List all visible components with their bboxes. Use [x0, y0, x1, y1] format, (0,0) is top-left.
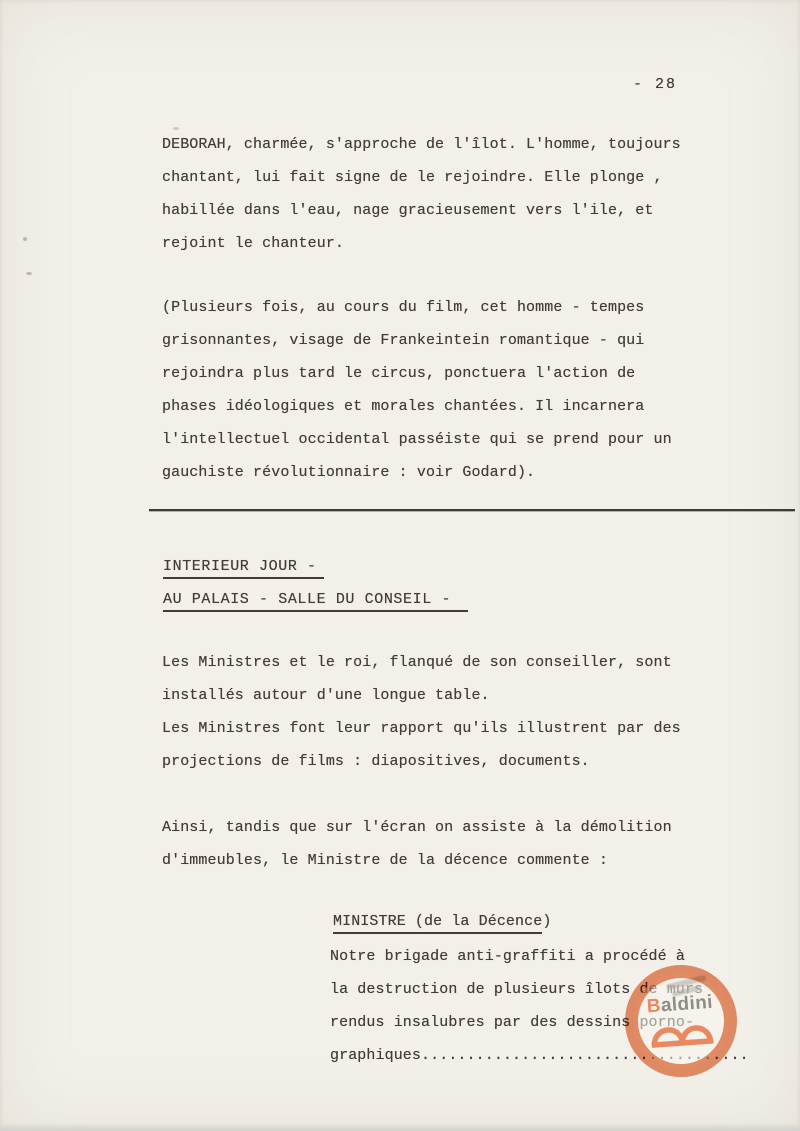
character-cue-ministre: MINISTRE (de la Décence) [333, 905, 551, 938]
baldini-library-stamp: Baldini [625, 965, 737, 1077]
paper-speck [23, 237, 27, 241]
scene-heading-line-1: INTERIEUR JOUR - [163, 550, 324, 583]
paper-speck [173, 127, 179, 130]
scene-divider-line [149, 509, 795, 511]
page-bottom-edge-shadow [0, 1122, 800, 1131]
character-cue-underlined: MINISTRE (de la Décence [333, 913, 542, 934]
stamp-ring [625, 965, 737, 1077]
character-cue-paren: ) [542, 913, 551, 930]
scene-heading-line-2-text: AU PALAIS - SALLE DU CONSEIL - [163, 591, 468, 612]
scene-heading-line-2: AU PALAIS - SALLE DU CONSEIL - [163, 583, 468, 616]
paragraph-ministres: Les Ministres et le roi, flanqué de son … [162, 646, 681, 778]
paragraph-deborah: DEBORAH, charmée, s'approche de l'îlot. … [162, 128, 681, 260]
paragraph-parenthetical: (Plusieurs fois, au cours du film, cet h… [162, 291, 672, 489]
scene-heading-line-1-text: INTERIEUR JOUR - [163, 558, 324, 579]
page-number: - 28 [633, 68, 677, 101]
typewritten-script-page: - 28 DEBORAH, charmée, s'approche de l'î… [0, 0, 800, 1131]
paragraph-ainsi: Ainsi, tandis que sur l'écran on assiste… [162, 811, 672, 877]
paper-speck [26, 272, 32, 275]
